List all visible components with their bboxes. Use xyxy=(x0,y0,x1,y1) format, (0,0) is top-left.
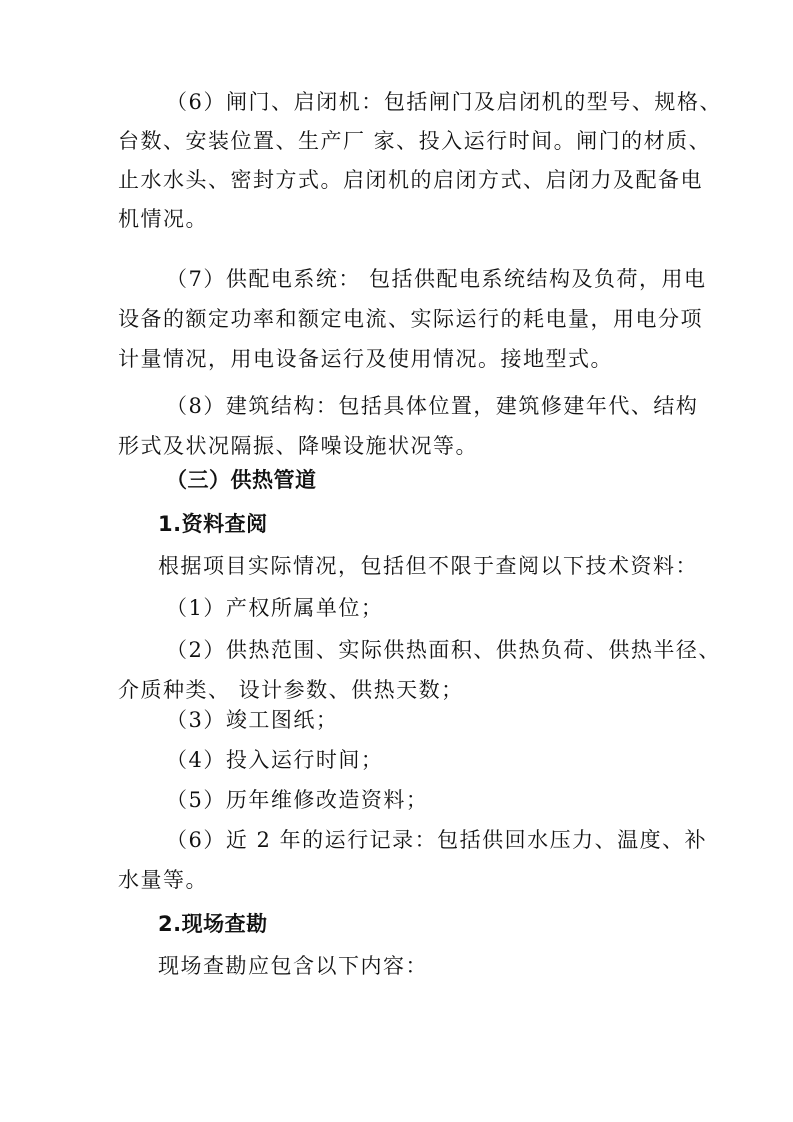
list-item: （3）竣工图纸； xyxy=(166,706,338,734)
paragraph-line: （6）闸门、启闭机：包括闸门及启闭机的型号、规格、 xyxy=(166,88,722,116)
paragraph-line: （8）建筑结构：包括具体位置，建筑修建年代、结构 xyxy=(166,392,674,420)
paragraph-line: 止水水头、密封方式。启闭机的启闭方式、启闭力及配备电 xyxy=(118,166,674,194)
list-item: （6）近 2 年的运行记录：包括供回水压力、温度、补 xyxy=(166,826,666,854)
list-item: （2）供热范围、实际供热面积、供热负荷、供热半径、 xyxy=(166,636,674,664)
list-item-continuation: 介质种类、 设计参数、供热天数； xyxy=(118,676,464,704)
paragraph-line: 设备的额定功率和额定电流、实际运行的耗电量，用电分项 xyxy=(118,305,674,333)
paragraph-line: （7）供配电系统： 包括供配电系统结构及负荷，用电 xyxy=(166,265,674,293)
paragraph-line: 机情况。 xyxy=(118,205,208,233)
subsection-heading: 2.现场查勘 xyxy=(158,910,268,938)
list-item: （4）投入运行时间； xyxy=(166,746,383,774)
paragraph-line: 计量情况，用电设备运行及使用情况。接地型式。 xyxy=(118,345,613,373)
paragraph-line: 台数、安装位置、生产厂 家、投入运行时间。闸门的材质、 xyxy=(118,127,674,155)
list-item-continuation: 水量等。 xyxy=(118,866,208,894)
list-item: （5）历年维修改造资料； xyxy=(166,786,428,814)
section-heading: （三）供热管道 xyxy=(166,466,317,494)
intro-text: 现场查勘应包含以下内容： xyxy=(158,952,428,980)
list-item: （1）产权所属单位； xyxy=(166,594,383,622)
subsection-heading: 1.资料查阅 xyxy=(158,510,268,538)
intro-text: 根据项目实际情况，包括但不限于查阅以下技术资料： xyxy=(158,552,698,580)
paragraph-line: 形式及状况隔振、降噪设施状况等。 xyxy=(118,432,478,460)
document-page: （6）闸门、启闭机：包括闸门及启闭机的型号、规格、 台数、安装位置、生产厂 家、… xyxy=(0,0,793,1122)
